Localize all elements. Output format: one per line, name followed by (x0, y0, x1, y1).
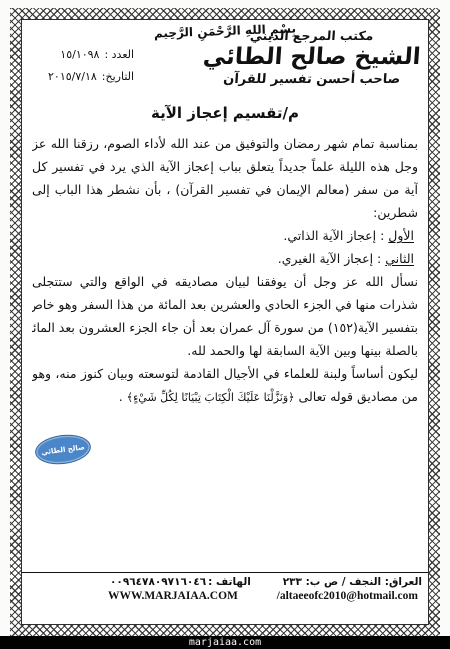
stamp-seal: صالح الطائي (35, 433, 92, 466)
stamp-text: صالح الطائي (41, 443, 85, 456)
issue-number-row: العدد : ١٥/١٠٩٨ (48, 48, 134, 61)
list-item-second-label: الثاني (385, 251, 414, 266)
footer-block: العراق: النجف / ص ب: ٢٣٣ الهاتف : ٠٠٩٦٤٧… (22, 572, 428, 602)
verse-suffix: . (119, 389, 127, 404)
body-line: شذرات منها في الجزء الحادي والعشرين بعد … (32, 293, 418, 316)
quran-verse: ﴿وَنَزَّلْنَا عَلَيْكَ الْكِتَابَ تِبْيَ… (127, 391, 295, 404)
scanned-letter-page: { "bismillah": "بِسْمِ اللهِ الرَّحْمَنِ… (0, 0, 450, 649)
footer-phone-value: ٠٠٩٦٤٧٨٠٩٧١٦٠٤٦ (110, 576, 206, 588)
caption-bar: marjaiaa.com (0, 636, 450, 649)
body-line: بالصلة بينها وبين الآية السابقة لها والح… (32, 339, 418, 362)
list-item-second-text: : إعجاز الآية الغيري. (278, 251, 385, 266)
body-line: بتفسير الآية(١٥٢) من سورة آل عمران بعد أ… (32, 316, 418, 339)
letter-inner-page: بِسْمِ اللهِ الرَّحْمَنِ الرَّحِيم مكتب … (21, 19, 429, 625)
date-value: ٢٠١٥/٧/١٨ (48, 70, 97, 83)
date-row: التاريخ: ٢٠١٥/٧/١٨ (48, 70, 134, 83)
body-line: ليكون أساساً ولبنة للعلماء في الأجيال ال… (32, 362, 418, 385)
list-item-first-text: : إعجاز الآية الذاتي. (283, 228, 388, 243)
letterhead-office-line: مكتب المرجع الديني (202, 28, 421, 43)
footer-contact-row: العراق: النجف / ص ب: ٢٣٣ الهاتف : ٠٠٩٦٤٧… (22, 576, 428, 588)
footer-phone: الهاتف : ٠٠٩٦٤٧٨٠٩٧١٦٠٤٦ (110, 576, 251, 588)
body-line: آية من سفر (معالم الإيمان في تفسير القرآ… (32, 178, 418, 201)
list-item-first: الأول : إعجاز الآية الذاتي. (32, 224, 418, 247)
list-item-second: الثاني : إعجاز الآية الغيري. (32, 247, 418, 270)
footer-email: /altaeeofc2010@hotmail.com (277, 590, 418, 602)
date-label: التاريخ: (102, 70, 134, 83)
letter-body: بمناسبة تمام شهر رمضان والتوفيق من عند ا… (32, 132, 418, 409)
verse-prefix: من مصاديق قوله تعالى (295, 389, 418, 404)
issue-number-value: ١٥/١٠٩٨ (60, 48, 99, 61)
body-line: وجل هذه الليلة علماً جديداً يتعلق بباب إ… (32, 155, 418, 178)
letterhead-block: مكتب المرجع الديني الشيخ صالح الطائي صاح… (203, 28, 420, 87)
decorative-chain-border: بِسْمِ اللهِ الرَّحْمَنِ الرَّحِيم مكتب … (10, 8, 440, 636)
body-line: بمناسبة تمام شهر رمضان والتوفيق من عند ا… (32, 132, 418, 155)
letterhead-subtitle: صاحب أحسن تفسير للقرآن (202, 72, 421, 87)
list-item-first-label: الأول (388, 228, 414, 243)
footer-web-row: WWW.MARJAIAA.COM /altaeeofc2010@hotmail.… (22, 588, 428, 602)
footer-website: WWW.MARJAIAA.COM (108, 590, 238, 602)
issue-number-label: العدد : (104, 48, 134, 61)
meta-block: العدد : ١٥/١٠٩٨ التاريخ: ٢٠١٥/٧/١٨ (48, 48, 134, 92)
subject-title: م/تقسيم إعجاز الآية (22, 104, 428, 122)
body-line-with-verse: من مصاديق قوله تعالى ﴿وَنَزَّلْنَا عَلَي… (32, 385, 418, 409)
body-line: شطرين: (32, 201, 418, 224)
letterhead-sheikh-name: الشيخ صالح الطائي (202, 44, 421, 70)
body-line: نسأل الله عز وجل أن يوفقنا لبيان مصاديقه… (32, 270, 418, 293)
caption-url: marjaiaa.com (189, 637, 261, 648)
footer-address: العراق: النجف / ص ب: ٢٣٣ (283, 576, 422, 588)
footer-phone-label: الهاتف : (208, 576, 251, 588)
